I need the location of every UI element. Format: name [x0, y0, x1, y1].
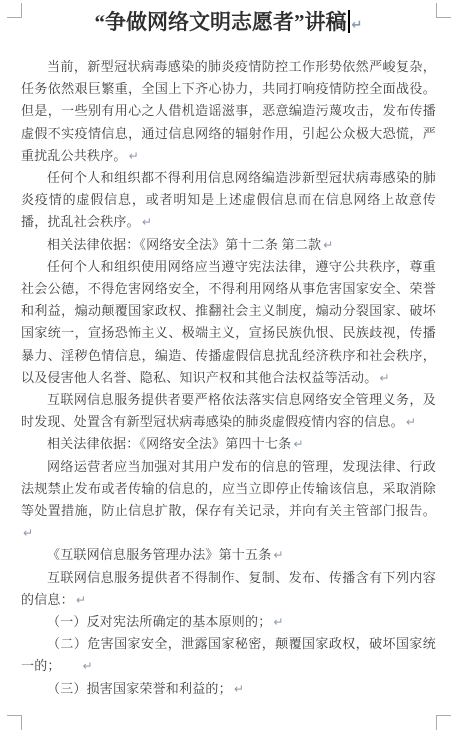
paragraph[interactable]: 互联网信息服务提供者要严格依法落实信息网络安全管理义务，及时发现、处置含有新型冠… [21, 389, 436, 433]
return-mark-icon: ↵ [234, 682, 244, 696]
paragraph-text: 《互联网信息服务管理办法》第十五条 [47, 547, 271, 562]
paragraph[interactable]: 当前，新型冠状病毒感染的肺炎疫情防控工作形势依然严峻复杂，任务依然艰巨繁重，全国… [21, 56, 436, 167]
return-mark-icon: ↵ [23, 526, 33, 540]
paragraph-text: 网络运营者应当加强对其用户发布的信息的管理，发现法律、行政法规禁止发布或者传输的… [21, 459, 436, 518]
paragraph-text: 当前，新型冠状病毒感染的肺炎疫情防控工作形势依然严峻复杂，任务依然艰巨繁重，全国… [21, 59, 436, 163]
return-mark-icon: ↵ [293, 437, 303, 451]
paragraph[interactable]: 互联网信息服务提供者不得制作、复制、发布、传播含有下列内容的信息：↵ [21, 567, 436, 611]
return-mark-icon: ↵ [76, 593, 86, 607]
text-boundary-mark-bottom-right [436, 715, 451, 730]
text-boundary-mark-bottom-left [7, 715, 22, 730]
paragraph-text: （三）损害国家荣誉和利益的； [47, 681, 232, 696]
paragraph-text: 互联网信息服务提供者要严格依法落实信息网络安全管理义务，及时发现、处置含有新型冠… [21, 392, 436, 429]
document-title[interactable]: “争做网络文明志愿者”讲稿↵ [21, 4, 436, 44]
document-title-text: “争做网络文明志愿者”讲稿 [95, 10, 347, 34]
return-mark-icon: ↵ [83, 659, 93, 673]
paragraph[interactable]: （二）危害国家安全，泄露国家秘密，颠覆国家政权，破坏国家统一的； ↵ [21, 633, 436, 677]
text-boundary-mark-top-left [7, 3, 22, 18]
return-mark-icon: ↵ [273, 548, 283, 562]
paragraph[interactable]: 任何个人和组织使用网络应当遵守宪法法律，遵守公共秩序，尊重社会公德，不得危害网络… [21, 256, 436, 389]
return-mark-icon: ↵ [352, 18, 363, 33]
paragraph-text: 任何个人和组织都不得利用信息网络编造涉新型冠状病毒感染的肺炎疫情的虚假信息，或者… [21, 170, 436, 229]
paragraph[interactable]: 相关法律依据：《网络安全法》第四十七条↵ [21, 433, 436, 455]
return-mark-icon: ↵ [142, 215, 152, 229]
return-mark-icon: ↵ [406, 415, 416, 429]
document-page: “争做网络文明志愿者”讲稿↵ 当前，新型冠状病毒感染的肺炎疫情防控工作形势依然严… [0, 0, 456, 737]
paragraph[interactable]: （一）反对宪法所确定的基本原则的；↵ [21, 611, 436, 633]
text-cursor [348, 10, 350, 33]
text-boundary-mark-top-right [436, 3, 451, 18]
text-area[interactable]: “争做网络文明志愿者”讲稿↵ 当前，新型冠状病毒感染的肺炎疫情防控工作形势依然严… [21, 4, 436, 700]
paragraph[interactable]: 任何个人和组织都不得利用信息网络编造涉新型冠状病毒感染的肺炎疫情的虚假信息，或者… [21, 167, 436, 234]
paragraph-text: 相关法律依据：《网络安全法》第四十七条 [47, 436, 291, 451]
paragraph[interactable]: 《互联网信息服务管理办法》第十五条↵ [21, 544, 436, 566]
paragraph-text: 相关法律依据：《网络安全法》第十二条 第二款 [47, 237, 321, 252]
paragraph[interactable]: 网络运营者应当加强对其用户发布的信息的管理，发现法律、行政法规禁止发布或者传输的… [21, 456, 436, 545]
return-mark-icon: ↵ [129, 149, 139, 163]
paragraph-text: （一）反对宪法所确定的基本原则的； [47, 614, 271, 629]
paragraph[interactable]: 相关法律依据：《网络安全法》第十二条 第二款↵ [21, 234, 436, 256]
paragraph[interactable]: （三）损害国家荣誉和利益的；↵ [21, 678, 436, 700]
return-mark-icon: ↵ [273, 615, 283, 629]
paragraph-text: 任何个人和组织使用网络应当遵守宪法法律，遵守公共秩序，尊重社会公德，不得危害网络… [21, 259, 436, 385]
return-mark-icon: ↵ [323, 238, 333, 252]
return-mark-icon: ↵ [379, 371, 389, 385]
